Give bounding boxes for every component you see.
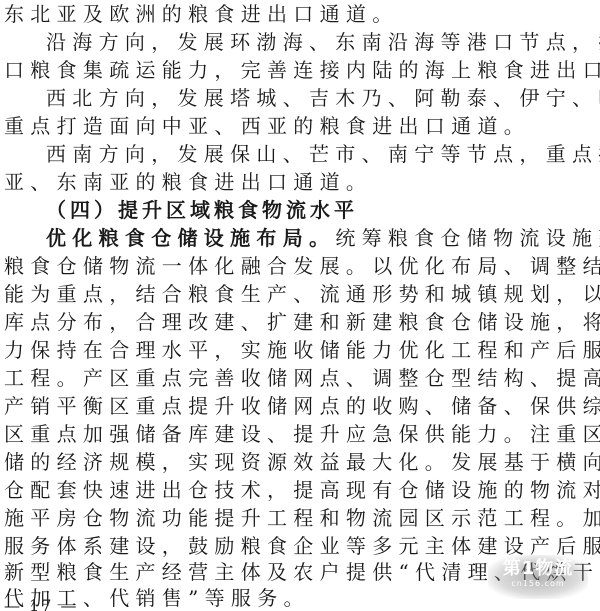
text-line: 区重点加强储备库建设、提升应急保供能力。注重区域及单点仓 — [4, 420, 598, 448]
watermark-title: 第1物流 — [488, 559, 588, 579]
text-line: 东北亚及欧洲的粮食进出口通道。 — [4, 0, 598, 28]
text-line: 亚、东南亚的粮食进出口通道。 — [4, 168, 598, 196]
paragraph-text: 统筹粮食仓储物流设施建设，实现 — [335, 226, 600, 250]
text-line: 能为重点，结合粮食生产、流通形势和城镇规划，以及现有收储 — [4, 280, 598, 308]
text-line: 库点分布，合理改建、扩建和新建粮食仓储设施，将粮食收储能 — [4, 308, 598, 336]
text-line: 力保持在合理水平，实施收储能力优化工程和产后服务中心建设 — [4, 336, 598, 364]
watermark-url: cn156.com — [488, 579, 588, 589]
text-line: 重点打造面向中亚、西亚的粮食进出口通道。 — [4, 112, 598, 140]
section-heading: （四）提升区域粮食物流水平 — [46, 196, 598, 224]
text-line: 储的经济规模，实现资源效益最大化。发展基于横向通风的平房 — [4, 448, 598, 476]
paragraph-northwest-direction: 西北方向，发展塔城、吉木乃、阿勒泰、伊宁、喀什等节点， — [46, 84, 598, 112]
text-line: 仓配套快速进出仓技术，提高现有仓储设施的物流对接效率，实 — [4, 476, 598, 504]
watermark-logo: 第1物流 cn156.com — [488, 555, 588, 599]
paragraph-lead: 优化粮食仓储设施布局。 — [46, 226, 335, 250]
paragraph-coastal-direction: 沿海方向，发展环渤海、东南沿海等港口节点，提升沿海港 — [46, 28, 598, 56]
text-line: 施平房仓物流功能提升工程和物流园区示范工程。加强粮食产后 — [4, 504, 598, 532]
page-number: — 17 — — [4, 596, 79, 611]
text-line: 工程。产区重点完善收储网点、调整仓型结构、提高设施水平； — [4, 364, 598, 392]
paragraph-storage-layout: 优化粮食仓储设施布局。统筹粮食仓储物流设施建设，实现 — [46, 224, 598, 252]
text-line: 口粮食集疏运能力，完善连接内陆的海上粮食进出口通道。 — [4, 56, 598, 84]
document-page: 东北亚及欧洲的粮食进出口通道。 沿海方向，发展环渤海、东南沿海等港口节点，提升沿… — [0, 0, 600, 611]
paragraph-southwest-direction: 西南方向，发展保山、芒市、南宁等节点，重点打造面向南 — [46, 140, 598, 168]
text-line: 粮食仓储物流一体化融合发展。以优化布局、调整结构、提升功 — [4, 252, 598, 280]
text-line: 产销平衡区重点提升收储网点的收购、储备、保供综合能力；销 — [4, 392, 598, 420]
